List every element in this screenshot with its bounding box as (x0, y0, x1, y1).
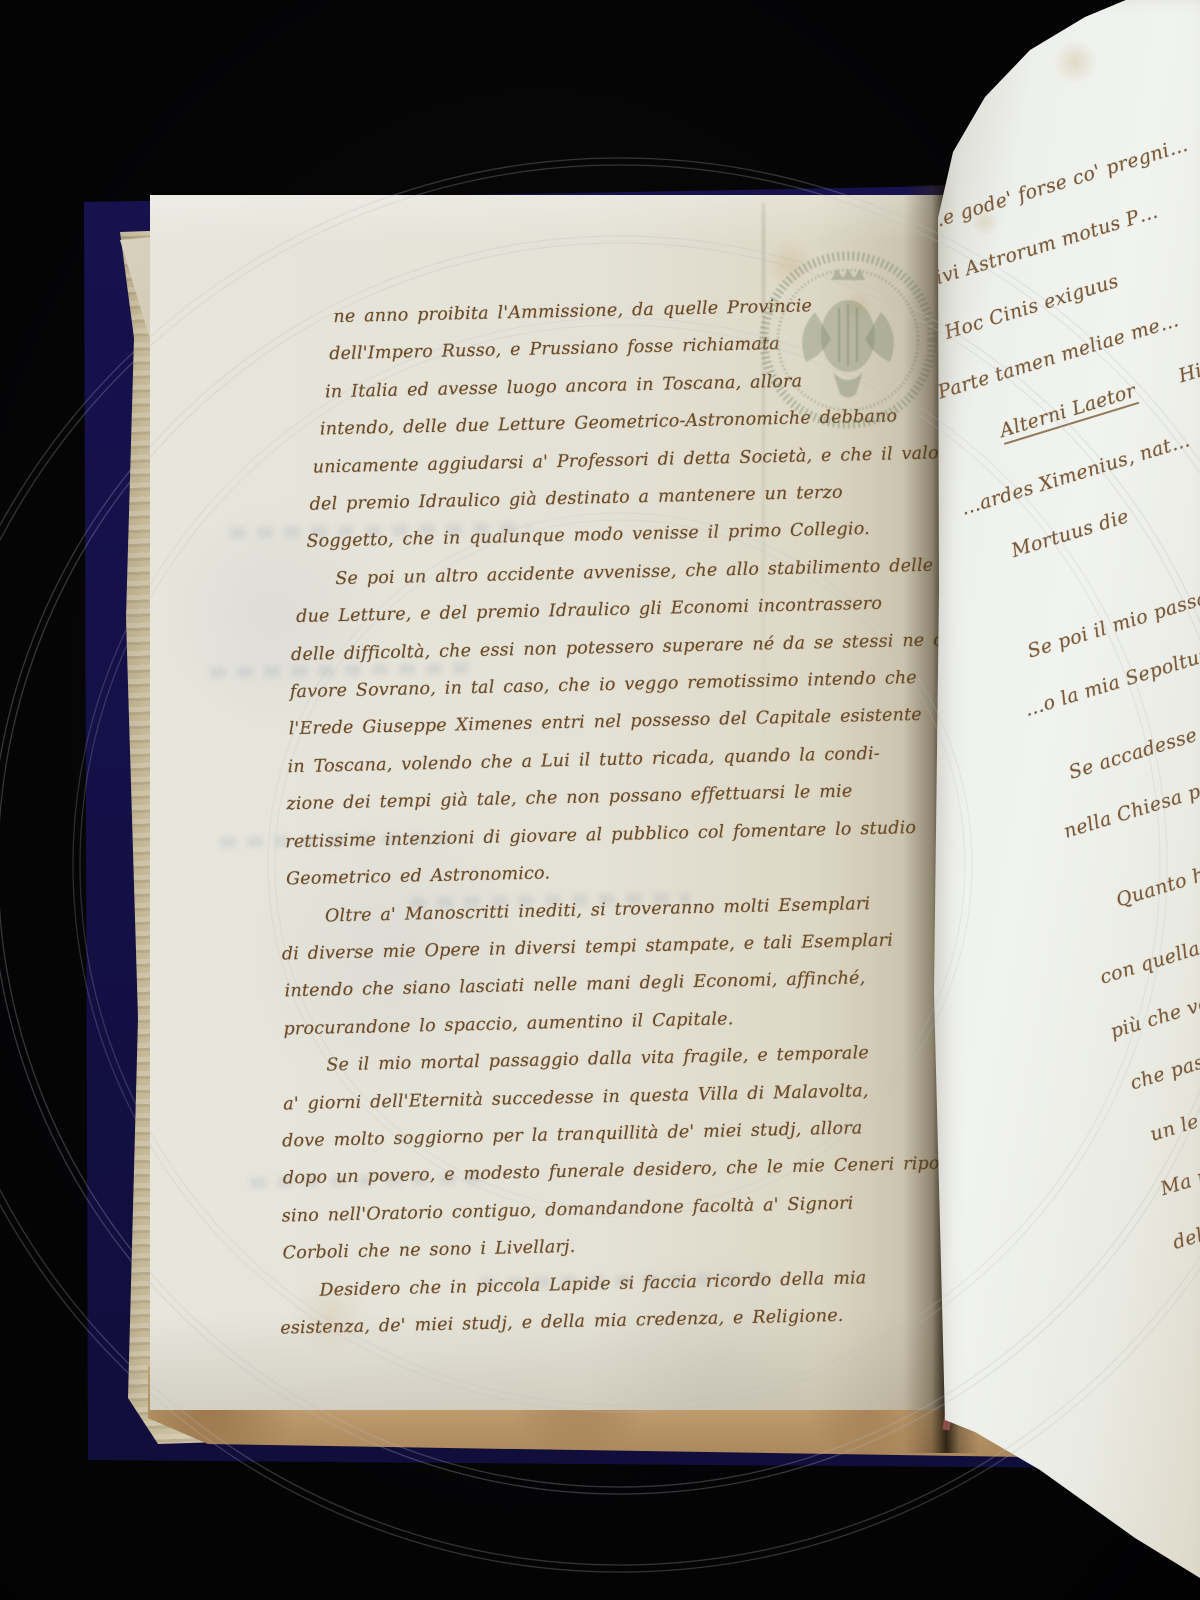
manuscript-photo: ne anno proibita l'Ammissione, da quelle… (0, 0, 1200, 1600)
right-page: …e gode' forse co' pregni… …ivi Astrorum… (925, 0, 1200, 1600)
left-page-text: ne anno proibita l'Ammissione, da quelle… (295, 285, 999, 1348)
manuscript-word: Hic (1176, 356, 1200, 387)
